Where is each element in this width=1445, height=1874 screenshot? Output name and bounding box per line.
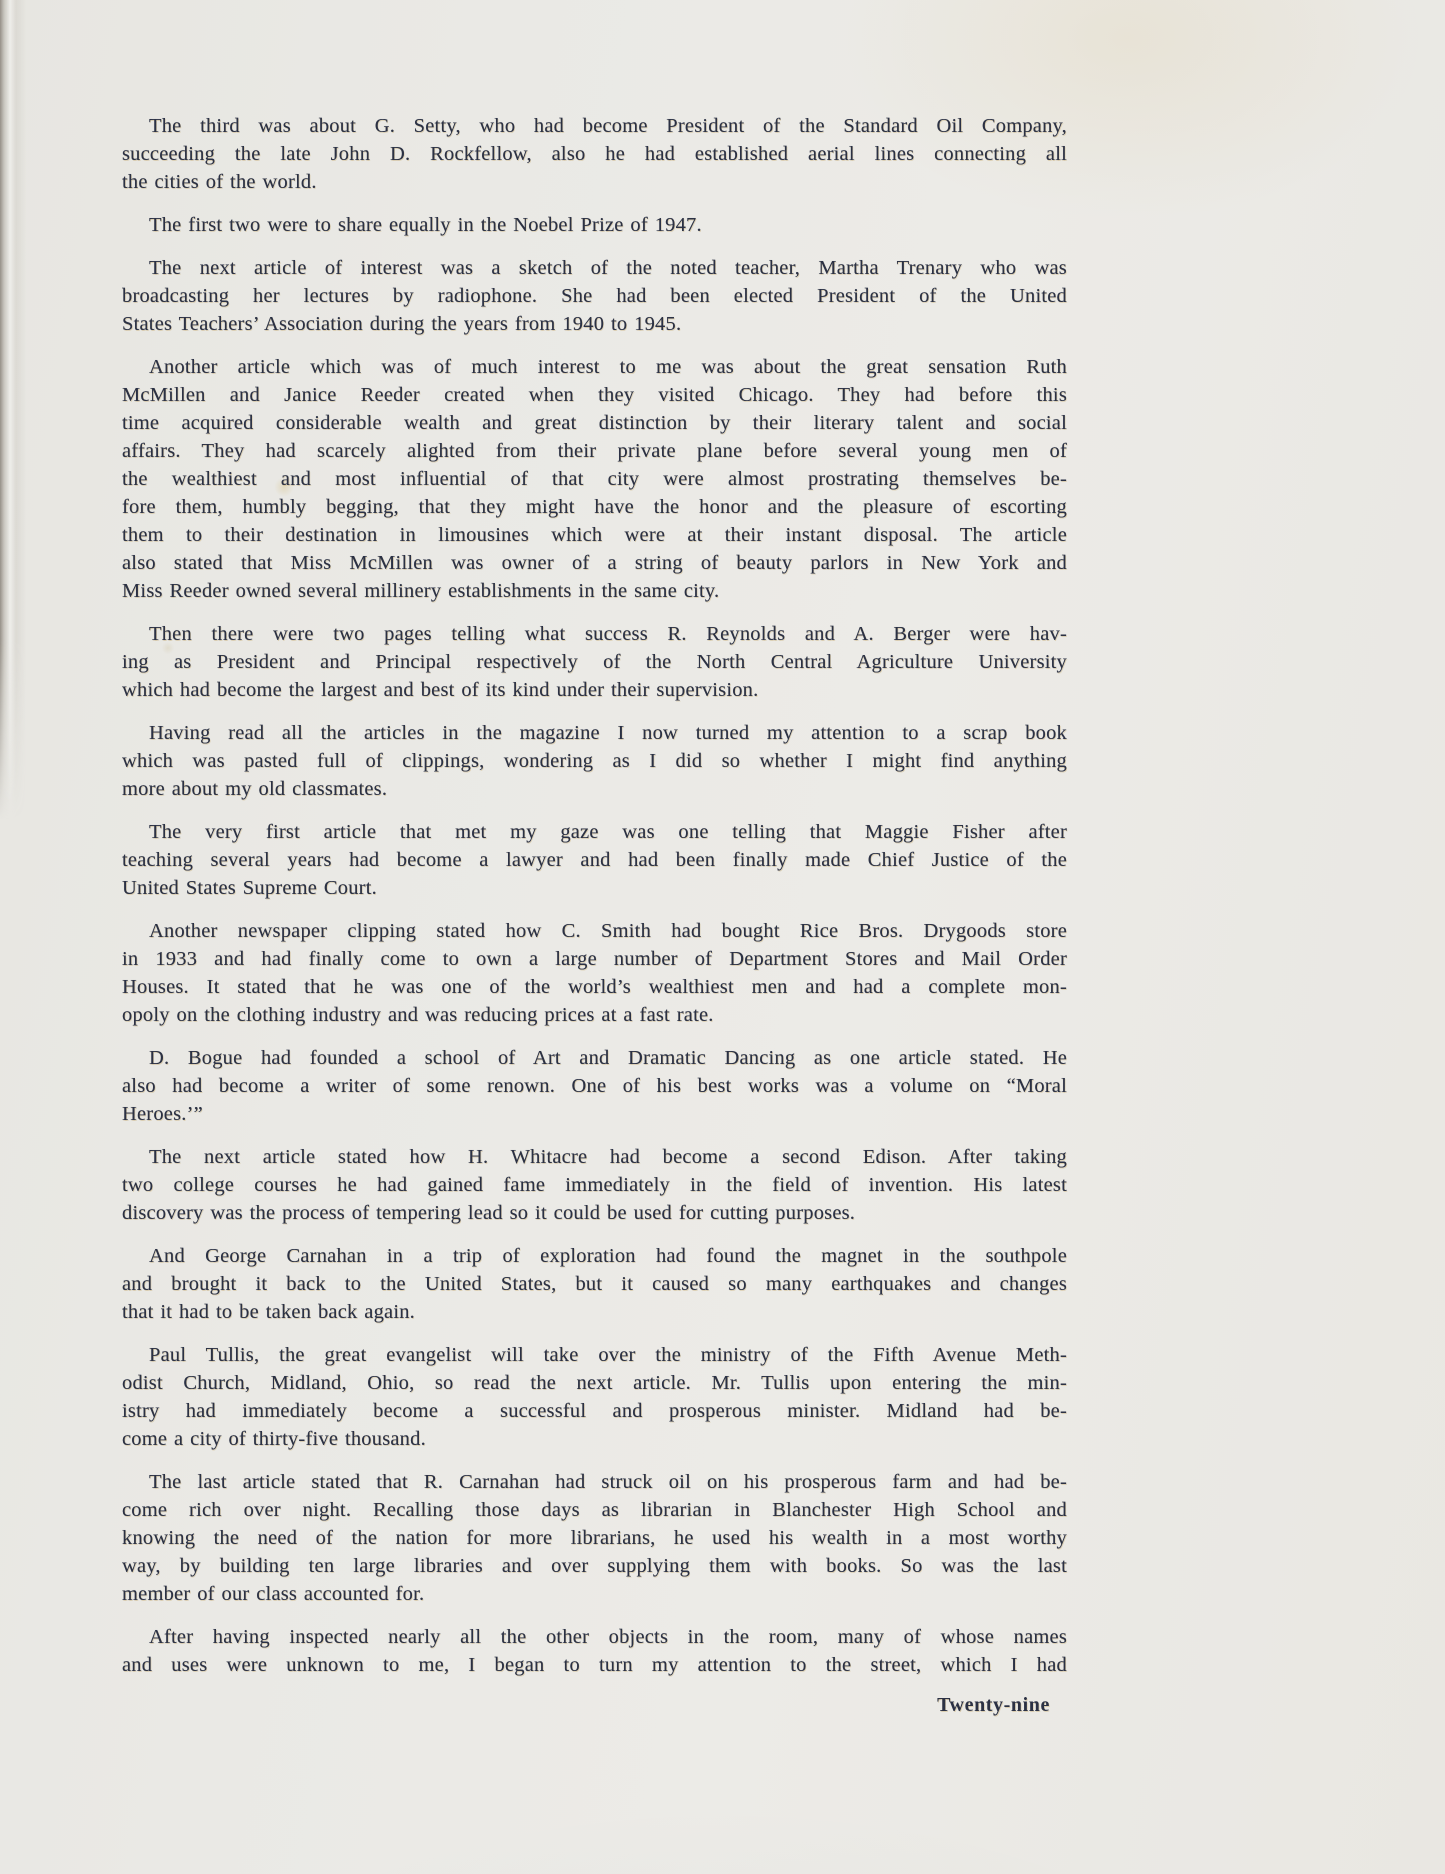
text-line: the cities of the world. — [122, 168, 1067, 196]
text-line: broadcasting her lectures by radiophone.… — [122, 282, 1067, 310]
text-line: The last article stated that R. Carnahan… — [122, 1468, 1067, 1496]
text-line: member of our class accounted for. — [122, 1580, 1067, 1608]
paragraph: The next article stated how H. Whitacre … — [122, 1143, 1067, 1227]
text-line: teaching several years had become a lawy… — [122, 846, 1067, 874]
text-line: Houses. It stated that he was one of the… — [122, 973, 1067, 1001]
text-line: Another article which was of much intere… — [122, 353, 1067, 381]
text-line: The next article of interest was a sketc… — [122, 254, 1067, 282]
text-line: And George Carnahan in a trip of explora… — [122, 1242, 1067, 1270]
text-line: Heroes.’” — [122, 1100, 1067, 1128]
paragraph: Another newspaper clipping stated how C.… — [122, 917, 1067, 1029]
text-line: way, by building ten large libraries and… — [122, 1552, 1067, 1580]
text-line: opoly on the clothing industry and was r… — [122, 1001, 1067, 1029]
text-line: them to their destination in limousines … — [122, 521, 1067, 549]
text-line: Paul Tullis, the great evangelist will t… — [122, 1341, 1067, 1369]
paragraph: The very first article that met my gaze … — [122, 818, 1067, 902]
text-line: After having inspected nearly all the ot… — [122, 1623, 1067, 1651]
text-line: knowing the need of the nation for more … — [122, 1524, 1067, 1552]
text-line: come rich over night. Recalling those da… — [122, 1496, 1067, 1524]
text-line: discovery was the process of tempering l… — [122, 1199, 1067, 1227]
text-line: fore them, humbly begging, that they mig… — [122, 493, 1067, 521]
paragraph: The last article stated that R. Carnahan… — [122, 1468, 1067, 1608]
page-number: Twenty-nine — [937, 1694, 1050, 1717]
text-line: that it had to be taken back again. — [122, 1298, 1067, 1326]
paragraph: Having read all the articles in the maga… — [122, 719, 1067, 803]
text-line: and uses were unknown to me, I began to … — [122, 1651, 1067, 1679]
text-line: the wealthiest and most influential of t… — [122, 465, 1067, 493]
paragraph: The first two were to share equally in t… — [122, 211, 1067, 239]
text-line: which had become the largest and best of… — [122, 676, 1067, 704]
scanned-page: The third was about G. Setty, who had be… — [0, 0, 1445, 1874]
paragraph: The third was about G. Setty, who had be… — [122, 112, 1067, 196]
text-line: come a city of thirty-five thousand. — [122, 1425, 1067, 1453]
page-text-block: The third was about G. Setty, who had be… — [122, 112, 1067, 1694]
text-line: which was pasted full of clippings, wond… — [122, 747, 1067, 775]
paragraph: And George Carnahan in a trip of explora… — [122, 1242, 1067, 1326]
text-line: Having read all the articles in the maga… — [122, 719, 1067, 747]
text-line: McMillen and Janice Reeder created when … — [122, 381, 1067, 409]
text-line: istry had immediately become a successfu… — [122, 1397, 1067, 1425]
paragraph: Paul Tullis, the great evangelist will t… — [122, 1341, 1067, 1453]
text-line: The first two were to share equally in t… — [122, 211, 1067, 239]
text-line: in 1933 and had finally come to own a la… — [122, 945, 1067, 973]
text-line: succeeding the late John D. Rockfellow, … — [122, 140, 1067, 168]
text-line: and brought it back to the United States… — [122, 1270, 1067, 1298]
text-line: also had become a writer of some renown.… — [122, 1072, 1067, 1100]
text-line: Miss Reeder owned several millinery esta… — [122, 577, 1067, 605]
text-line: Then there were two pages telling what s… — [122, 620, 1067, 648]
paragraph: Another article which was of much intere… — [122, 353, 1067, 605]
text-line: The third was about G. Setty, who had be… — [122, 112, 1067, 140]
text-line: ing as President and Principal respectiv… — [122, 648, 1067, 676]
text-line: States Teachers’ Association during the … — [122, 310, 1067, 338]
paragraph: After having inspected nearly all the ot… — [122, 1623, 1067, 1679]
text-line: affairs. They had scarcely alighted from… — [122, 437, 1067, 465]
text-line: United States Supreme Court. — [122, 874, 1067, 902]
text-line: time acquired considerable wealth and gr… — [122, 409, 1067, 437]
paragraph: The next article of interest was a sketc… — [122, 254, 1067, 338]
text-line: The very first article that met my gaze … — [122, 818, 1067, 846]
text-line: Another newspaper clipping stated how C.… — [122, 917, 1067, 945]
text-line: The next article stated how H. Whitacre … — [122, 1143, 1067, 1171]
page-edge-shadow — [0, 0, 26, 820]
text-line: D. Bogue had founded a school of Art and… — [122, 1044, 1067, 1072]
text-line: two college courses he had gained fame i… — [122, 1171, 1067, 1199]
text-line: odist Church, Midland, Ohio, so read the… — [122, 1369, 1067, 1397]
paragraph: Then there were two pages telling what s… — [122, 620, 1067, 704]
paragraph: D. Bogue had founded a school of Art and… — [122, 1044, 1067, 1128]
text-line: more about my old classmates. — [122, 775, 1067, 803]
text-line: also stated that Miss McMillen was owner… — [122, 549, 1067, 577]
